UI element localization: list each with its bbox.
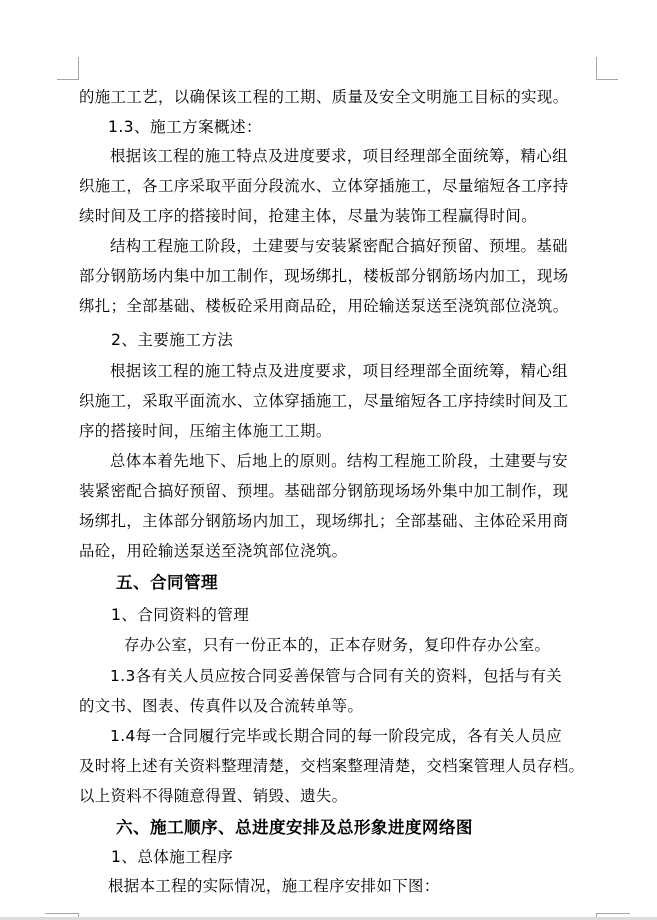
paragraph-line: 的文书、图表、传真件以及合流转单等。 <box>79 695 363 717</box>
paragraph-line: 以上资料不得随意得置、销毁、遗失。 <box>79 785 347 807</box>
corner-mark-top-right <box>596 57 618 80</box>
paragraph-line: 1.4每一合同履行完毕或长期合同的每一阶段完成，各有关人员应 <box>110 725 562 747</box>
section-heading-1: 1、总体施工程序 <box>111 846 233 868</box>
corner-mark-top-left <box>57 57 79 80</box>
paragraph-line: 装紧密配合搞好预留、预埋。基础部分钢筋现场场外集中加工制作，现 <box>79 480 569 502</box>
paragraph-line: 绑扎；全部基础、楼板砼采用商品砼，用砼输送泵送至浇筑部位浇筑。 <box>79 295 569 317</box>
paragraph-line: 存办公室，只有一份正本的，正本存财务，复印件存办公室。 <box>124 634 550 656</box>
paragraph-line: 品砼，用砼输送泵送至浇筑部位浇筑。 <box>79 540 347 562</box>
paragraph-line: 织施工，各工序采取平面分段流水、立体穿插施工，尽量缩短各工序持 <box>79 175 569 197</box>
paragraph-line: 场绑扎，主体部分钢筋场内加工，现场绑扎；全部基础、主体砼采用商 <box>79 510 569 532</box>
paragraph-line: 根据本工程的实际情况，施工程序安排如下图： <box>108 875 440 897</box>
chapter-heading-5: 五、合同管理 <box>116 571 218 593</box>
section-heading-2: 2、主要施工方法 <box>111 329 233 351</box>
paragraph-line: 根据该工程的施工特点及进度要求，项目经理部全面统筹，精心组 <box>110 145 568 167</box>
section-heading-1: 1、合同资料的管理 <box>111 604 249 626</box>
paragraph-line: 的施工工艺，以确保该工程的工期、质量及安全文明施工目标的实现。 <box>79 86 569 108</box>
paragraph-line: 部分钢筋场内集中加工制作，现场绑扎，楼板部分钢筋场内加工，现场 <box>79 265 569 287</box>
paragraph-line: 根据该工程的施工特点及进度要求，项目经理部全面统筹，精心组 <box>110 360 568 382</box>
paragraph-line: 总体本着先地下、后地上的原则。结构工程施工阶段，土建要与安 <box>110 450 568 472</box>
chapter-heading-6: 六、施工顺序、总进度安排及总形象进度网络图 <box>116 816 473 838</box>
paragraph-line: 续时间及工序的搭接时间，抢建主体，尽量为装饰工程赢得时间。 <box>79 205 537 227</box>
section-heading-1-3: 1.3、施工方案概述： <box>108 116 262 138</box>
paragraph-line: 序的搭接时间，压缩主体施工工期。 <box>79 420 332 442</box>
paragraph-line: 织施工，采取平面流水、立体穿插施工，尽量缩短各工序持续时间及工 <box>79 390 569 412</box>
paragraph-line: 及时将上述有关资料整理清楚，交档案整理清楚，交档案管理人员存档。 <box>79 755 584 777</box>
paragraph-line: 1.3各有关人员应按合同妥善保管与合同有关的资料，包括与有关 <box>110 665 562 687</box>
paragraph-line: 结构工程施工阶段，土建要与安装紧密配合搞好预留、预埋。基础 <box>110 235 568 257</box>
